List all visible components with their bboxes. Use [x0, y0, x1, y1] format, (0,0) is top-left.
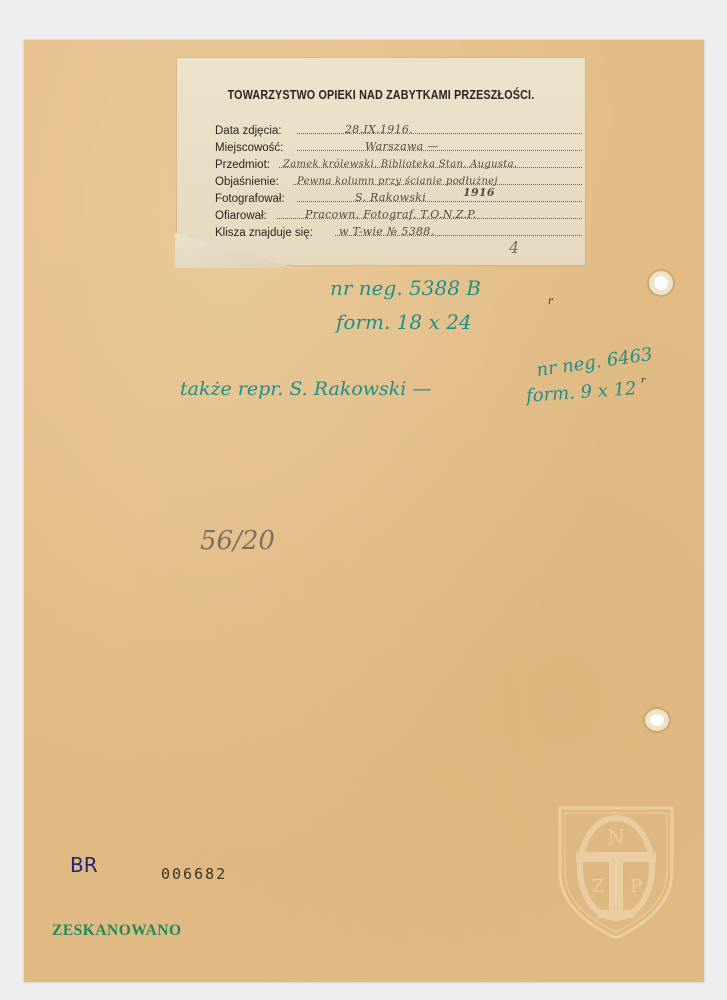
reproduction-note: także repr. S. Rakowski —: [180, 378, 431, 400]
pencil-inventory-note: 56/20: [200, 526, 275, 556]
field-key: Ofiarował:: [215, 210, 269, 222]
field-explanation: Objaśnienie: Pewna kolumn przy ścianie p…: [215, 171, 281, 188]
year-stamp: 1916: [463, 186, 495, 199]
label-corner-mark: 4: [509, 238, 519, 257]
field-key: Klisza znajduje się:: [215, 227, 315, 239]
society-label: TOWARZYSTWO OPIEKI NAD ZABYTKAMI PRZESZŁ…: [177, 58, 585, 265]
negative-number-note: nr neg. 5388 B: [330, 276, 481, 300]
field-value: Zamek królewski. Biblioteka Stan. August…: [283, 159, 517, 170]
field-donor: Ofiarował: Pracown. Fotograf. T.O.N.Z.P.: [215, 205, 269, 222]
field-value: 28.IX.1916.: [345, 123, 413, 136]
dotted-line: [297, 150, 582, 151]
label-title: TOWARZYSTWO OPIEKI NAD ZABYTKAMI PRZESZŁ…: [206, 88, 557, 102]
field-key: Przedmiot:: [215, 159, 272, 171]
catalog-initials: BR: [70, 853, 98, 877]
field-value: S. Rakowski: [355, 191, 426, 204]
catalog-number: 006682: [161, 865, 227, 883]
svg-text:Z: Z: [592, 876, 605, 897]
format-superscript: r: [548, 296, 553, 307]
punch-hole-bottom: [650, 714, 664, 726]
scanned-stamp: ZESKANOWANO: [52, 922, 182, 940]
punch-hole-top: [654, 276, 668, 290]
field-subject: Przedmiot: Zamek królewski. Biblioteka S…: [215, 154, 272, 171]
format-note: form. 18 x 24: [336, 310, 472, 334]
field-key: Fotografował:: [215, 193, 287, 205]
field-value: Pracown. Fotograf. T.O.N.Z.P.: [305, 208, 477, 221]
field-negative-location: Klisza znajduje się: w T-wie № 5388.: [215, 222, 315, 239]
reproduction-negative-number: nr neg. 6463: [535, 344, 654, 381]
field-value: w T-wie № 5388.: [339, 225, 434, 238]
field-place: Miejscowość: Warszawa —: [215, 137, 285, 154]
svg-text:P: P: [630, 876, 642, 897]
dotted-line: [297, 133, 582, 134]
field-photographer: Fotografował: S. Rakowski 1916: [215, 188, 287, 205]
field-key: Data zdjęcia:: [215, 125, 283, 137]
field-key: Miejscowość:: [215, 142, 285, 154]
reproduction-superscript: r: [641, 376, 645, 386]
field-photo-date: Data zdjęcia: 28.IX.1916.: [215, 120, 283, 137]
svg-text:N: N: [607, 825, 625, 849]
field-value: Warszawa —: [365, 140, 439, 153]
ntzp-shield-watermark-icon: N Z P: [556, 802, 676, 942]
archival-card: TOWARZYSTWO OPIEKI NAD ZABYTKAMI PRZESZŁ…: [24, 40, 704, 982]
field-key: Objaśnienie:: [215, 176, 281, 188]
dotted-line: [297, 201, 582, 202]
reproduction-format: form. 9 x 12: [525, 378, 637, 407]
